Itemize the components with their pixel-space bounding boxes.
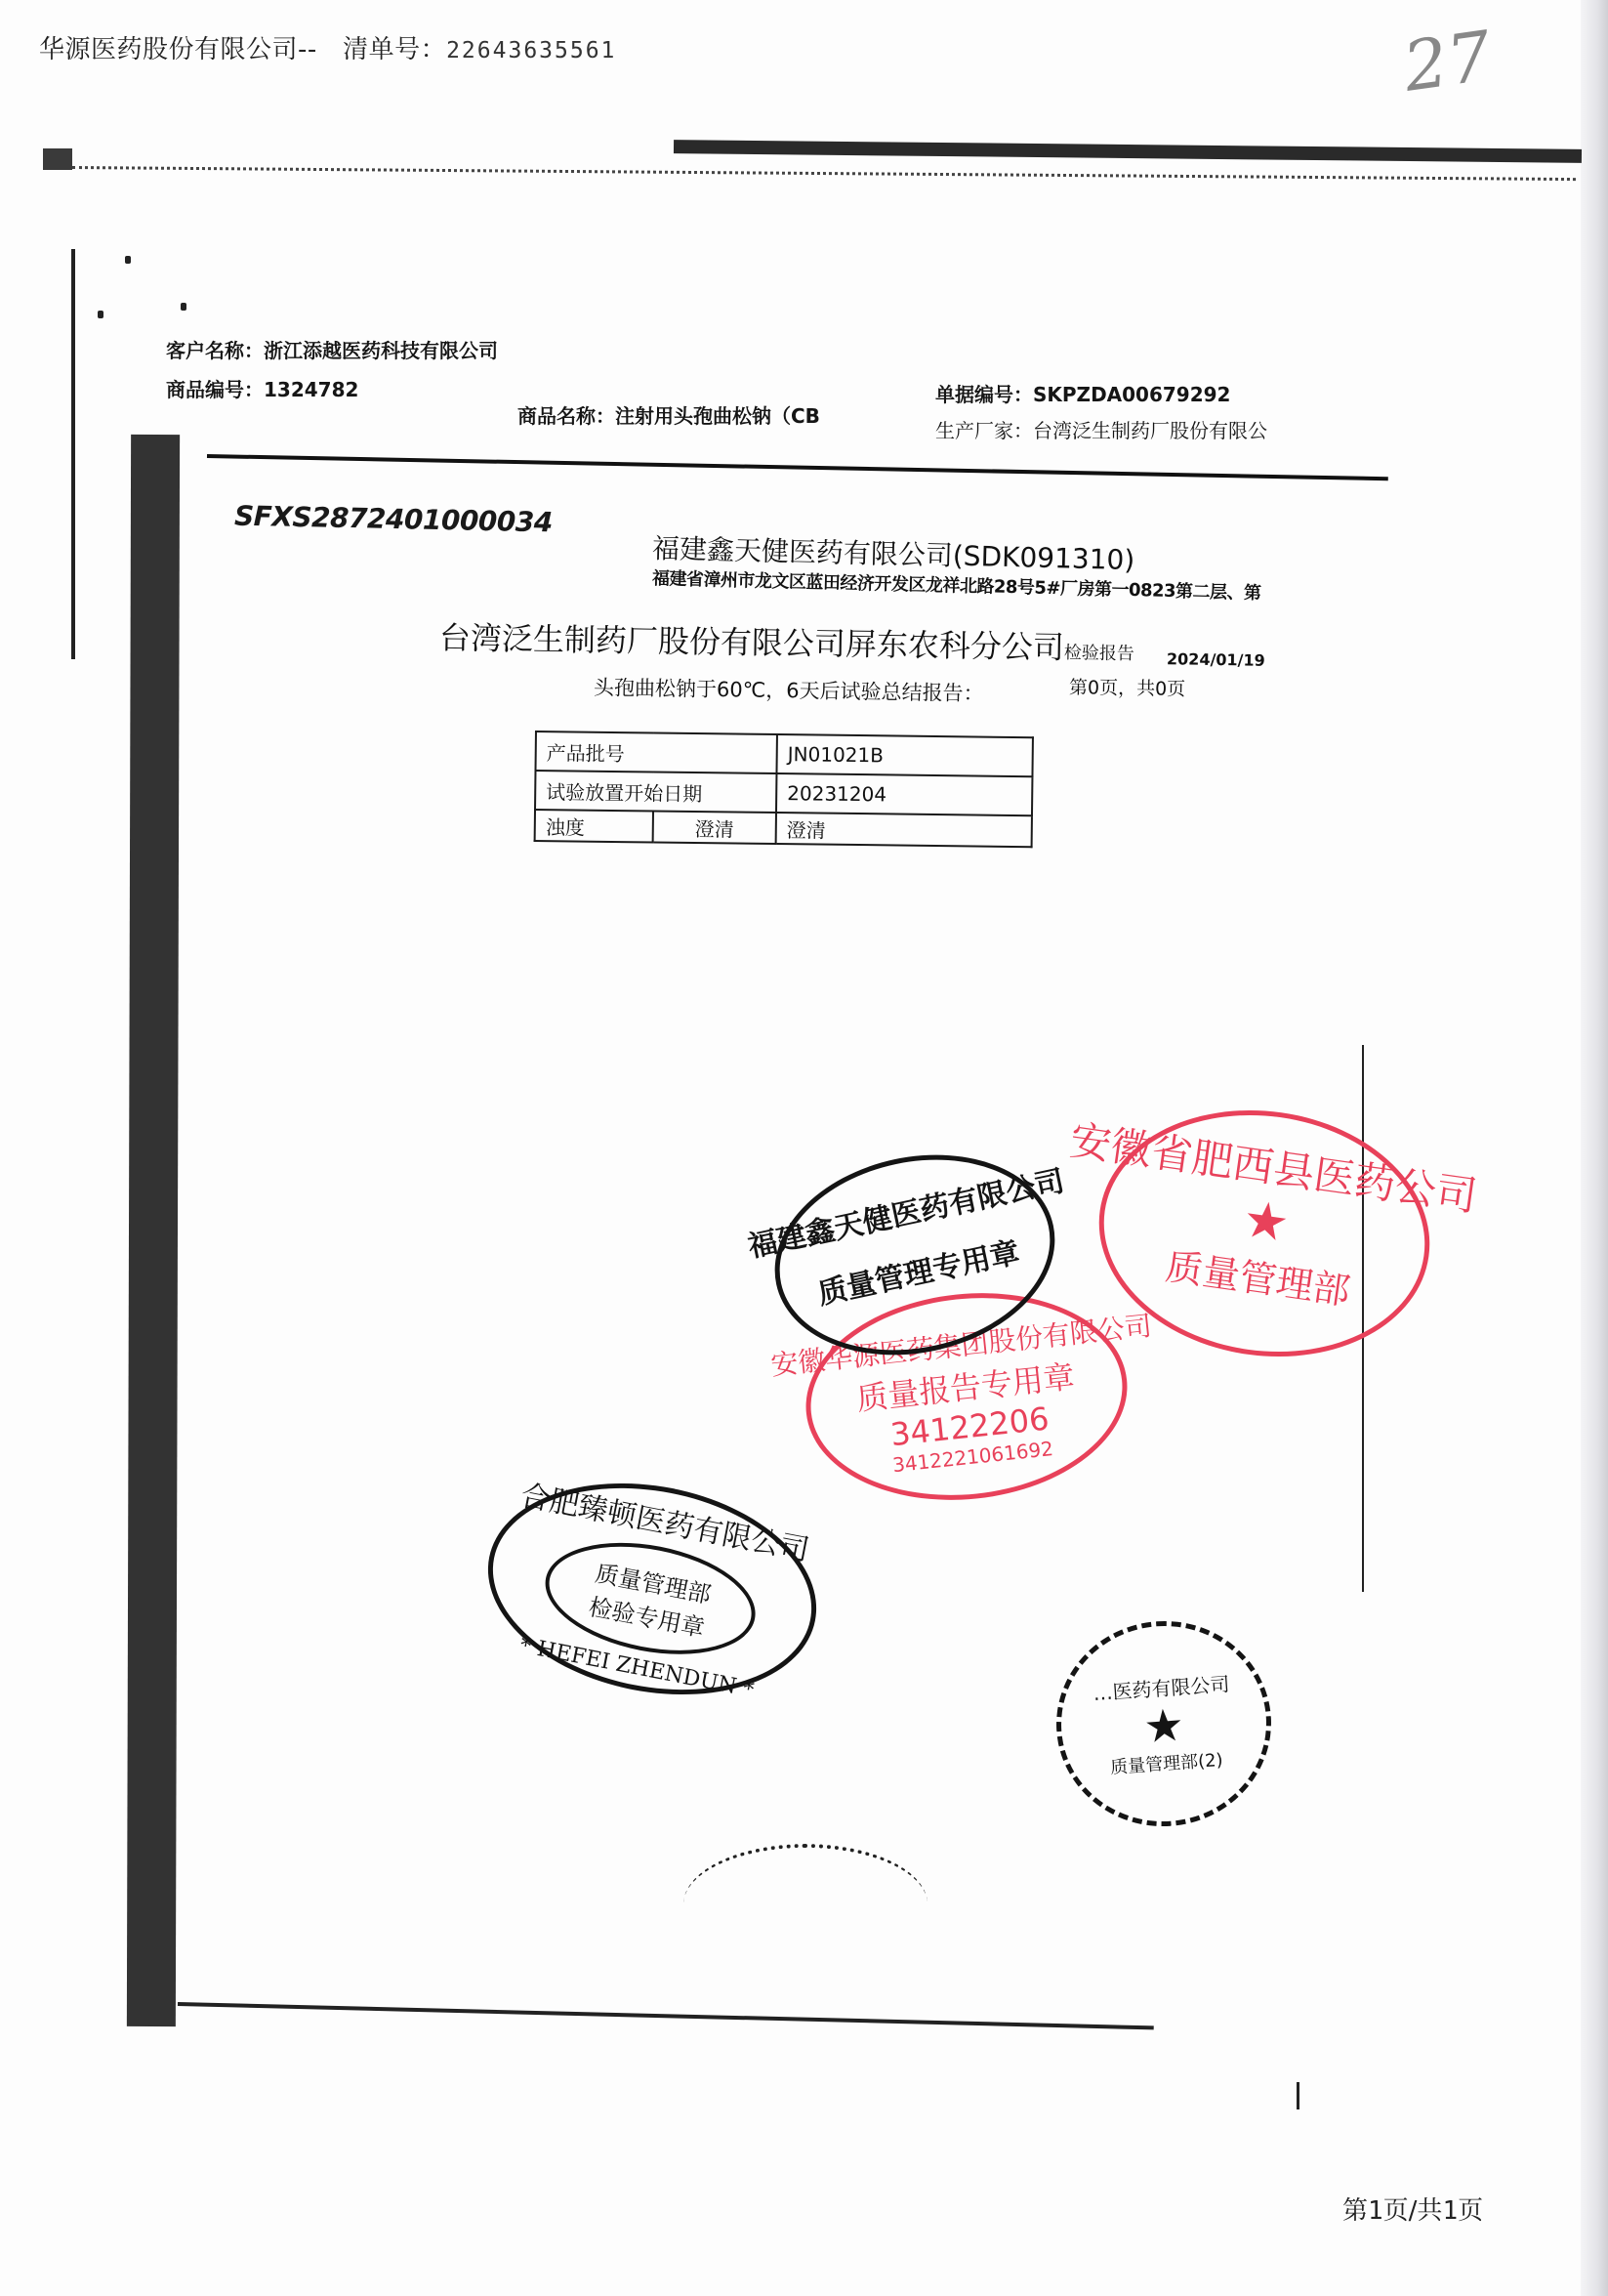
star-icon: ★ (1142, 1699, 1186, 1751)
scan-border-corner (43, 148, 72, 170)
doc-number: 单据编号：SKPZDA00679292 (935, 379, 1230, 407)
report-date: 2024/01/19 (1167, 649, 1265, 670)
table-cell-value: 澄清 (776, 813, 1032, 847)
list-number-label: 清单号： (343, 35, 446, 64)
stamp-ring-text: 福建鑫天健医药有限公司 (743, 1156, 1067, 1266)
customer-value: 浙江添越医药科技有限公司 (264, 339, 498, 362)
scan-dotted-line (72, 166, 1576, 181)
report-title: 台湾泛生制药厂股份有限公司屏东农科分公司检验报告 (439, 613, 1135, 669)
report-title-text: 台湾泛生制药厂股份有限公司屏东农科分公司 (439, 619, 1065, 666)
product-code: 商品编号：1324782 (166, 374, 358, 402)
report-page-count: 第0页，共0页 (1069, 673, 1186, 701)
table-row: 试验放置开始日期 20231204 (535, 771, 1032, 815)
scan-speck (98, 311, 103, 318)
star-icon: ★ (1240, 1191, 1293, 1252)
report-title-suffix: 检验报告 (1064, 643, 1134, 664)
doc-number-value: SKPZDA00679292 (1033, 383, 1230, 406)
table-cell-value: 20231204 (776, 773, 1032, 815)
stamp-hefei-zhendun: 合肥臻顿医药有限公司 质量管理部 检验专用章 * HEFEI ZHENDUN * (470, 1456, 835, 1721)
report-subtitle: 头孢曲松钠于60℃，6天后试验总结报告： (594, 672, 984, 707)
table-cell-sub: 澄清 (652, 811, 776, 844)
test-result-table: 产品批号 JN01021B 试验放置开始日期 20231204 浊度 澄清 澄清 (534, 731, 1034, 848)
page-mid: 页/共 (1383, 2196, 1443, 2226)
scan-edge (1581, 0, 1608, 2296)
table-cell-label: 产品批号 (535, 731, 776, 773)
stamp-center-text: 质量管理部 (1163, 1235, 1354, 1315)
scan-speck (181, 303, 186, 311)
stamp-center-text: 质量管理部(2) (1109, 1745, 1223, 1778)
table-cell-value: JN01021B (776, 734, 1032, 776)
page-total: 1 (1442, 2196, 1458, 2226)
product-name-value: 注射用头孢曲松钠（CB (615, 404, 820, 428)
document-header: 华源医药股份有限公司-- 清单号：22643635561 (39, 29, 616, 65)
scan-border-left (127, 435, 180, 2026)
header-company: 华源医药股份有限公司-- (39, 35, 317, 64)
scan-border-left-thin (71, 249, 75, 659)
table-cell-label: 浊度 (535, 810, 653, 842)
manufacturer-label: 生产厂家： (935, 419, 1033, 442)
stamp-faded-partial (683, 1844, 928, 1965)
inner-page-top-edge (207, 454, 1388, 480)
scan-speck (125, 256, 131, 264)
product-code-label: 商品编号： (166, 378, 264, 401)
list-number: 22643635561 (446, 38, 616, 63)
doc-number-label: 单据编号： (935, 383, 1033, 406)
handwritten-note: 27 (1399, 16, 1497, 107)
table-row: 浊度 澄清 澄清 (535, 810, 1032, 847)
scan-mark (1297, 2082, 1299, 2109)
table-row: 产品批号 JN01021B (535, 731, 1032, 776)
document-id: SFXS2872401000034 (234, 500, 553, 539)
customer-name: 客户名称：浙江添越医药科技有限公司 (166, 335, 498, 363)
manufacturer: 生产厂家：台湾泛生制药厂股份有限公 (935, 415, 1267, 443)
customer-label: 客户名称： (166, 339, 264, 362)
product-name: 商品名称：注射用头孢曲松钠（CB (517, 400, 820, 429)
page-current: 1 (1368, 2196, 1383, 2226)
page-indicator: 第1页/共1页 (1342, 2191, 1483, 2227)
scan-border-top (674, 140, 1582, 163)
product-code-value: 1324782 (264, 378, 358, 401)
page-suffix: 页 (1458, 2196, 1483, 2226)
page-prefix: 第 (1342, 2196, 1368, 2226)
manufacturer-value: 台湾泛生制药厂股份有限公 (1033, 419, 1267, 442)
stamp-faded-round: …医药有限公司 ★ 质量管理部(2) (1050, 1614, 1278, 1834)
table-cell-label: 试验放置开始日期 (535, 771, 776, 813)
inner-page-bottom-edge (178, 2002, 1154, 2029)
product-name-label: 商品名称： (517, 404, 615, 428)
